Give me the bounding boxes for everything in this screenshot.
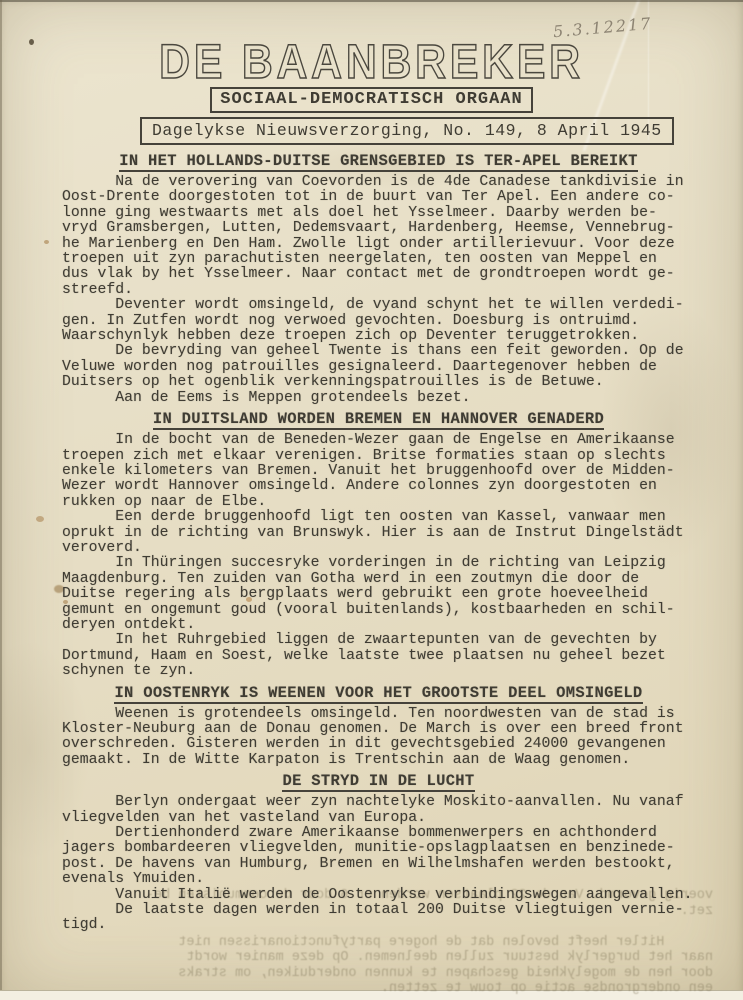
section-headline-text: IN HET HOLLANDS-DUITSE GRENSGEBIED IS TE… xyxy=(119,153,637,172)
text-line: Een derde bruggenhoofd ligt ten oosten v… xyxy=(62,510,695,525)
paragraph: Na de verovering van Coevorden is de 4de… xyxy=(62,175,695,298)
text-line: schynen te zyn. xyxy=(62,664,695,679)
text-line: jagers bombardeeren vliegvelden, munitie… xyxy=(62,841,695,856)
paragraph: Vanuit Italië werden de Oostenrykse verb… xyxy=(62,888,695,934)
section-headline: DE STRYD IN DE LUCHT xyxy=(62,773,695,792)
news-section: IN DUITSLAND WORDEN BREMEN EN HANNOVER G… xyxy=(62,411,695,680)
paragraph: Aan de Eems is Meppen grotendeels bezet. xyxy=(62,391,695,406)
text-line: Veluwe worden nog patrouilles gesignalee… xyxy=(62,360,695,375)
dateline-box: Dagelykse Nieuwsverzorging, No. 149, 8 A… xyxy=(140,117,674,145)
paragraph: In de bocht van de Beneden-Wezer gaan de… xyxy=(62,433,695,510)
text-line: Berlyn ondergaat weer zyn nachtelyke Mos… xyxy=(62,795,695,810)
text-line: De bevryding van geheel Twente is thans … xyxy=(62,344,695,359)
text-line: Maagdenburg. Ten zuiden van Gotha werd i… xyxy=(62,572,695,587)
text-line: vliegvelden van het vasteland van Europa… xyxy=(62,811,695,826)
text-line: streefd. xyxy=(62,283,695,298)
scan-edge xyxy=(0,0,2,1000)
section-headline-text: IN DUITSLAND WORDEN BREMEN EN HANNOVER G… xyxy=(153,411,604,430)
text-line: post. De havens van Humburg, Bremen en W… xyxy=(62,857,695,872)
masthead: DE BAANBREKER SOCIAAL-DEMOCRATISCH ORGAA… xyxy=(0,0,743,145)
section-headline: IN HET HOLLANDS-DUITSE GRENSGEBIED IS TE… xyxy=(62,153,695,172)
text-line: rukken op naar de Elbe. xyxy=(62,495,695,510)
text-line: Oost-Drente doorgestoten tot in de buurt… xyxy=(62,190,695,205)
paragraph: Dertienhonderd zware Amerikaanse bommenw… xyxy=(62,826,695,888)
text-line: De laatste dagen werden in totaal 200 Du… xyxy=(62,903,695,918)
text-line: Deventer wordt omsingeld, de vyand schyn… xyxy=(62,298,695,313)
section-headline-text: IN OOSTENRYK IS WEENEN VOOR HET GROOTSTE… xyxy=(114,685,642,704)
text-line: tigd. xyxy=(62,918,695,933)
paragraph: De bevryding van geheel Twente is thans … xyxy=(62,344,695,390)
text-line: In Thüringen succesryke vorderingen in d… xyxy=(62,556,695,571)
rust-stain xyxy=(36,516,44,522)
text-line: he Marienberg en Den Ham. Zwolle ligt on… xyxy=(62,237,695,252)
text-line: Aan de Eems is Meppen grotendeels bezet. xyxy=(62,391,695,406)
text-line: gemunt en ongemunt goud (vooral buitenla… xyxy=(62,603,695,618)
text-line: dus vlak by het Ysselmeer. Naar contact … xyxy=(62,267,695,282)
text-line: overschreden. Gisteren werden in dit gev… xyxy=(62,737,695,752)
text-line: enkele kilometers van Bremen. Vanuit het… xyxy=(62,464,695,479)
section-headline: IN OOSTENRYK IS WEENEN VOOR HET GROOTSTE… xyxy=(62,685,695,704)
text-line: Wezer wordt Hannover omsingeld. Andere c… xyxy=(62,479,695,494)
text-line: troepen zich met elkaar verenigen. Brits… xyxy=(62,449,695,464)
text-line: Duitse regering als bergplaats werd gebr… xyxy=(62,587,695,602)
scanned-page: voerig gevormd. Van de 22 plaatsen worde… xyxy=(0,0,743,1000)
paragraph: In het Ruhrgebied liggen de zwaartepunte… xyxy=(62,633,695,679)
bleedthrough-line: naar het burgerlyk bestuur zullen deelne… xyxy=(40,950,713,966)
dateline-row: Dagelykse Nieuwsverzorging, No. 149, 8 A… xyxy=(140,117,743,145)
section-headline: IN DUITSLAND WORDEN BREMEN EN HANNOVER G… xyxy=(62,411,695,430)
text-line: oprukt in de richting van Brunswyk. Hier… xyxy=(62,526,695,541)
text-line: In het Ruhrgebied liggen de zwaartepunte… xyxy=(62,633,695,648)
text-line: Duitsers op het ogenblik verkenningspatr… xyxy=(62,375,695,390)
news-section: IN OOSTENRYK IS WEENEN VOOR HET GROOTSTE… xyxy=(62,685,695,769)
section-headline-text: DE STRYD IN DE LUCHT xyxy=(282,773,474,792)
text-line: In de bocht van de Beneden-Wezer gaan de… xyxy=(62,433,695,448)
bleedthrough-line: Hitler heeft bevolen dat de hogere party… xyxy=(40,935,713,951)
text-line: gen. In Zutfen wordt nog verwoed gevocht… xyxy=(62,314,695,329)
news-section: IN HET HOLLANDS-DUITSE GRENSGEBIED IS TE… xyxy=(62,153,695,406)
text-line: Weenen is grotendeels omsingeld. Ten noo… xyxy=(62,707,695,722)
bleedthrough-line: een ondergrondse actie op touw te zetten… xyxy=(40,981,713,997)
bleedthrough-line: door hen de mogelykheid geschapen te kun… xyxy=(40,966,713,982)
text-line: evenals Ymuiden. xyxy=(62,872,695,887)
text-line: Vanuit Italië werden de Oostenrykse verb… xyxy=(62,888,695,903)
paragraph: Deventer wordt omsingeld, de vyand schyn… xyxy=(62,298,695,344)
text-line: vryd Gramsbergen, Lutten, Dedemsvaart, H… xyxy=(62,221,695,236)
paragraph: Berlyn ondergaat weer zyn nachtelyke Mos… xyxy=(62,795,695,826)
paragraph: Een derde bruggenhoofd ligt ten oosten v… xyxy=(62,510,695,556)
text-line: Dortmund, Haam en Soest, welke laatste t… xyxy=(62,649,695,664)
article-body: IN HET HOLLANDS-DUITSE GRENSGEBIED IS TE… xyxy=(62,153,695,934)
news-section: DE STRYD IN DE LUCHT Berlyn ondergaat we… xyxy=(62,773,695,934)
text-line: gemaakt. In de Witte Karpaton is Trentsc… xyxy=(62,753,695,768)
subtitle-box: SOCIAAL-DEMOCRATISCH ORGAAN xyxy=(210,87,532,113)
paragraph: In Thüringen succesryke vorderingen in d… xyxy=(62,556,695,633)
text-line: lonne ging westwaarts met als doel het Y… xyxy=(62,206,695,221)
newspaper-title: DE BAANBREKER xyxy=(19,36,725,88)
rust-stain xyxy=(44,240,49,244)
paragraph: Weenen is grotendeels omsingeld. Ten noo… xyxy=(62,707,695,769)
